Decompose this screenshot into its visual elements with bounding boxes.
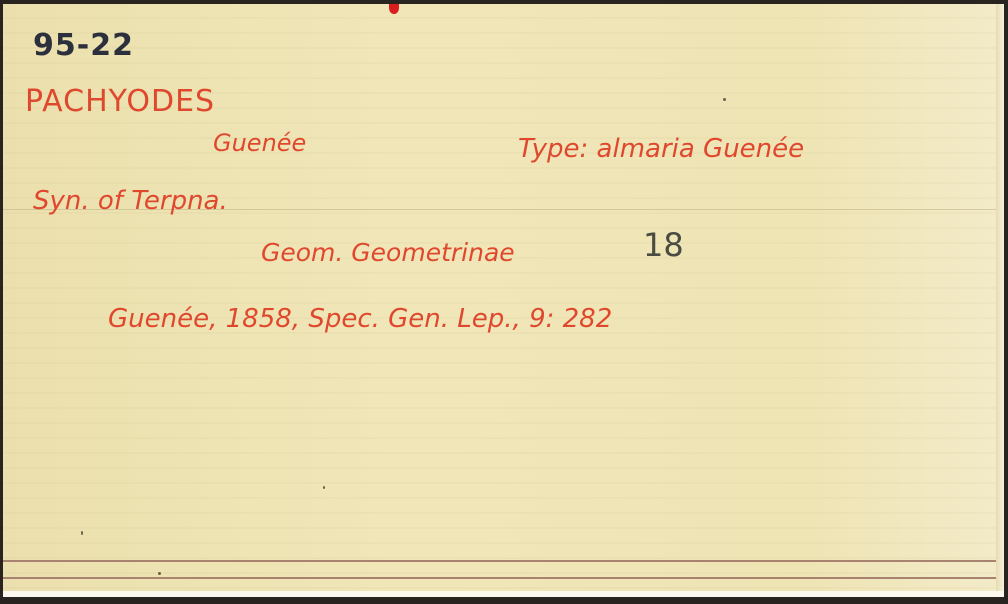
synonymy-note: Syn. of Terpna. — [33, 186, 228, 216]
bottom-rule — [3, 577, 1004, 579]
ink-speck — [323, 486, 325, 489]
genus-author: Guenée — [213, 129, 306, 157]
type-species: Type: almaria Guenée — [518, 134, 804, 164]
classification: Geom. Geometrinae — [261, 238, 515, 267]
genus-name: PACHYODES — [25, 84, 215, 119]
card-edge — [996, 4, 1004, 597]
ink-speck — [158, 572, 161, 575]
bibliographic-reference: Guenée, 1858, Spec. Gen. Lep., 9: 282 — [108, 304, 612, 334]
red-tab-marker — [389, 4, 399, 14]
catalog-number: 95-22 — [33, 28, 134, 63]
card-bottom-edge — [3, 591, 1004, 597]
classification-number: 18 — [643, 226, 684, 264]
bottom-rule — [3, 560, 1004, 562]
index-card: 95-22 PACHYODES Guenée Type: almaria Gue… — [3, 4, 1004, 597]
ink-speck — [723, 98, 726, 101]
ink-speck — [81, 531, 83, 535]
